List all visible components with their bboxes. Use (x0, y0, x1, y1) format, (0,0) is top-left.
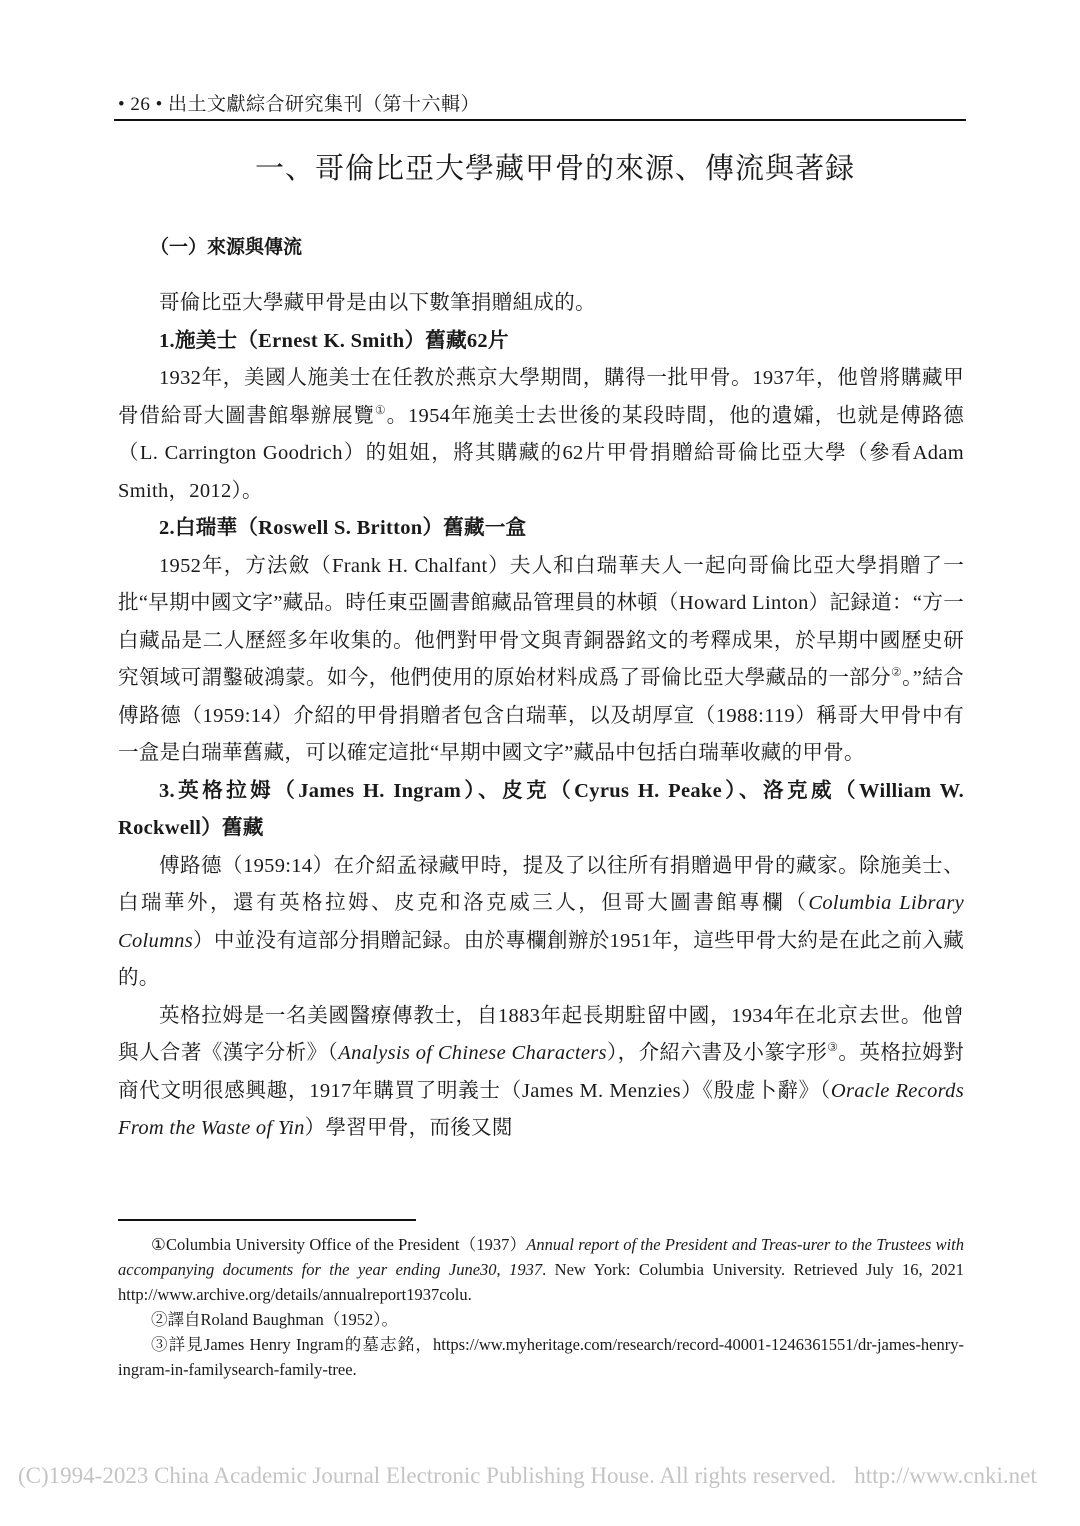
text-run: ），介紹六書及小篆字形 (607, 1042, 827, 1064)
footnote-3: ③詳見James Henry Ingram的墓志銘，https://ww.myh… (118, 1332, 964, 1382)
text-run: ）學習甲骨，而後又閲 (305, 1117, 513, 1139)
footnote-rule (118, 1219, 416, 1221)
footnote-2: ②譯自Roland Baughman（1952）。 (118, 1307, 964, 1332)
text-run: ①Columbia University Office of the Presi… (151, 1235, 526, 1254)
section-title: 一、哥倫比亞大學藏甲骨的來源、傳流與著録 (0, 146, 1080, 187)
running-head: • 26 • 出土文獻綜合研究集刊（第十六輯） (118, 89, 480, 116)
item3-paragraph-1: 傅路德（1959:14）在介紹孟禄藏甲時，提及了以往所有捐贈過甲骨的藏家。除施美… (118, 848, 964, 998)
text-run: 1952年，方法斂（Frank H. Chalfant）夫人和白瑞華夫人一起向哥… (118, 555, 964, 690)
copyright-text: (C)1994-2023 China Academic Journal Elec… (18, 1463, 836, 1488)
footnote-ref-3[interactable]: ③ (827, 1040, 838, 1054)
text-run: ）中並没有這部分捐贈記録。由於專欄創辦於1951年，這些甲骨大約是在此之前入藏的… (118, 930, 964, 990)
footnote-1: ①Columbia University Office of the Presi… (118, 1232, 964, 1307)
body-text: 哥倫比亞大學藏甲骨是由以下數筆捐贈組成的。 1.施美士（Ernest K. Sm… (118, 285, 964, 1148)
item2-paragraph: 1952年，方法斂（Frank H. Chalfant）夫人和白瑞華夫人一起向哥… (118, 548, 964, 773)
cnki-url[interactable]: http://www.cnki.net (854, 1463, 1036, 1488)
item3-paragraph-2: 英格拉姆是一名美國醫療傳教士，自1883年起長期駐留中國，1934年在北京去世。… (118, 998, 964, 1148)
footnote-ref-1[interactable]: ① (375, 403, 387, 417)
copyright-watermark: (C)1994-2023 China Academic Journal Elec… (18, 1463, 1037, 1489)
header-rule (114, 119, 966, 121)
item1-heading: 1.施美士（Ernest K. Smith）舊藏62片 (118, 323, 964, 361)
item1-paragraph: 1932年，美國人施美士在任教於燕京大學期間，購得一批甲骨。1937年，他曾將購… (118, 360, 964, 510)
item2-heading: 2.白瑞華（Roswell S. Britton）舊藏一盒 (118, 510, 964, 548)
item3-heading: 3.英格拉姆（James H. Ingram）、皮克（Cyrus H. Peak… (118, 773, 964, 848)
footnote-ref-2[interactable]: ② (891, 665, 902, 679)
intro-paragraph: 哥倫比亞大學藏甲骨是由以下數筆捐贈組成的。 (118, 285, 964, 323)
italic-title: Analysis of Chinese Characters (338, 1042, 607, 1064)
footnotes: ①Columbia University Office of the Presi… (118, 1232, 964, 1382)
subsection-title: （一）來源與傳流 (150, 232, 302, 259)
